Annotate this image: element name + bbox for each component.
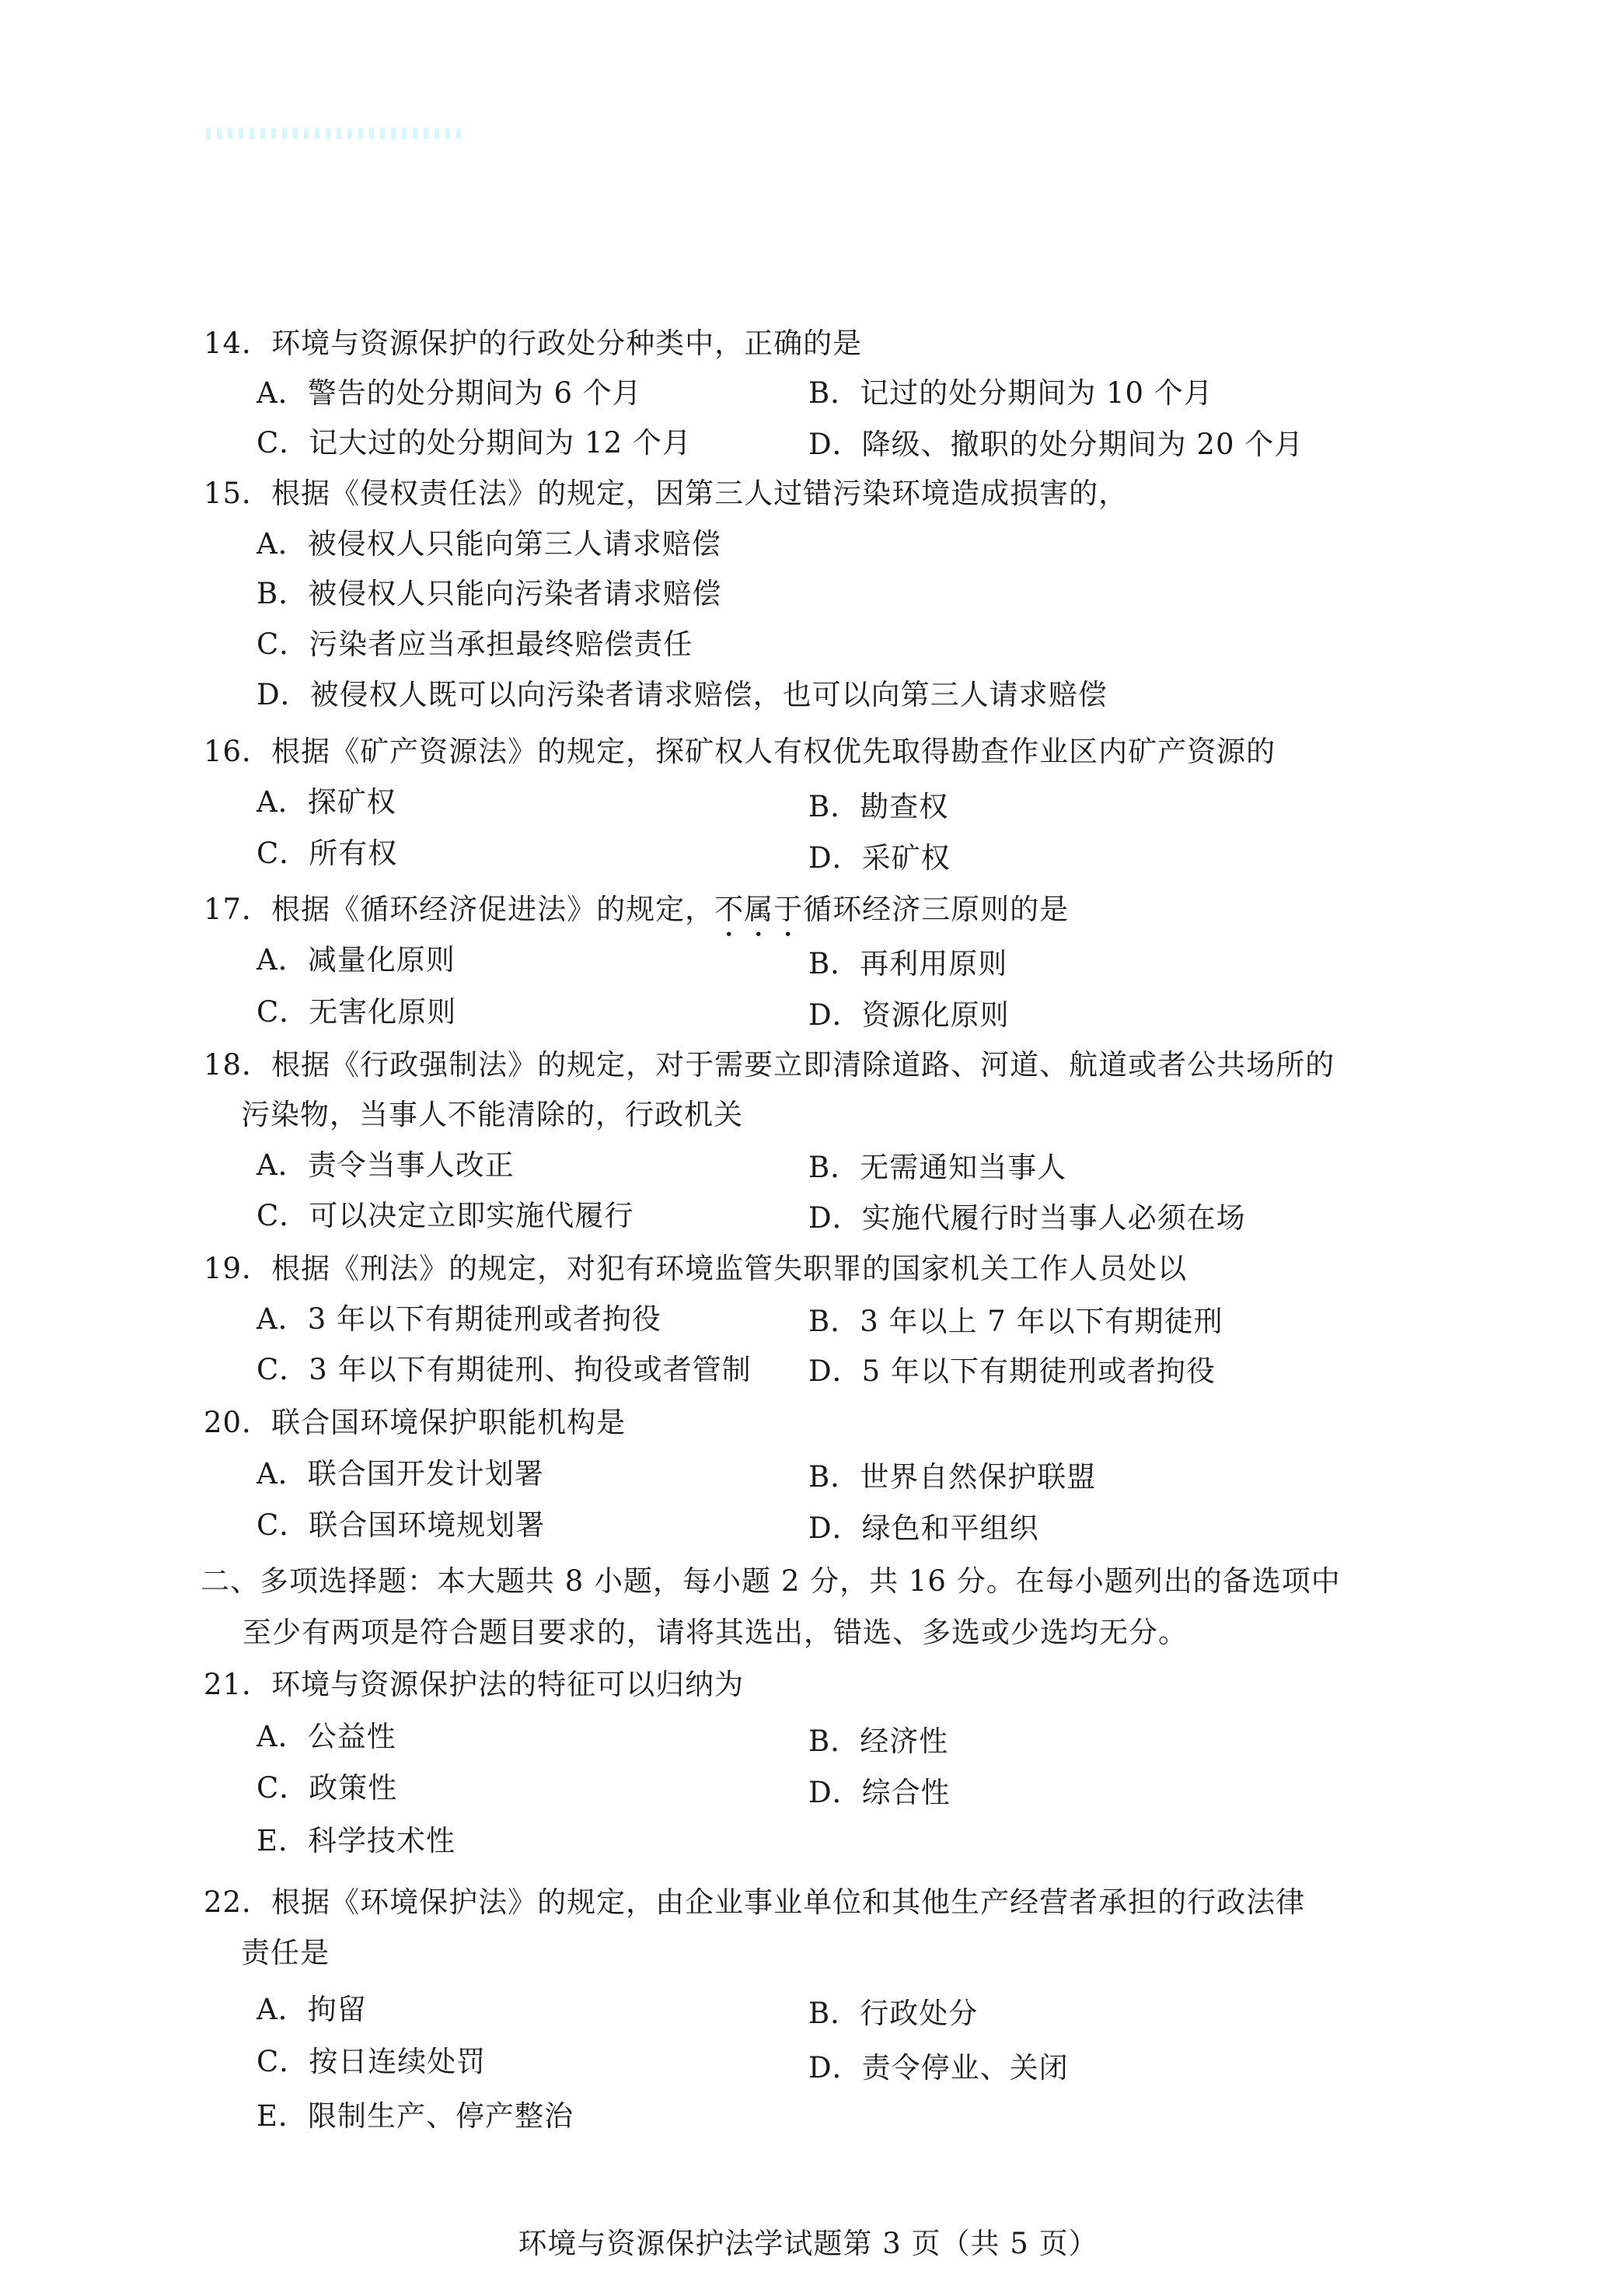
question-14-option-c: C．记大过的处分期间为 12 个月 [257,426,692,460]
question-21-option-e: E．科学技术性 [257,1824,455,1858]
question-14-option-a: A．警告的处分期间为 6 个月 [257,376,642,411]
question-19-option-a: A．3 年以下有期徒刑或者拘役 [257,1302,661,1337]
question-15-option-c: C．污染者应当承担最终赔偿责任 [257,627,693,662]
question-18-option-a: A．责令当事人改正 [257,1148,515,1183]
section-2-heading-line1: 二、多项选择题：本大题共 8 小题，每小题 2 分，共 16 分。在每小题列出的… [201,1564,1341,1599]
question-17-option-d: D．资源化原则 [808,998,1010,1033]
question-14-option-b: B．记过的处分期间为 10 个月 [808,376,1213,411]
question-21-option-b: B．经济性 [808,1725,948,1759]
question-22-option-e: E．限制生产、停产整治 [257,2099,574,2133]
question-17-option-c: C．无害化原则 [257,995,456,1029]
question-20-stem: 20．联合国环境保护职能机构是 [204,1406,626,1440]
question-17-stem-suffix: 循环经济三原则的是 [803,893,1069,926]
question-19-stem: 19．根据《刑法》的规定，对犯有环境监管失职罪的国家机关工作人员处以 [204,1252,1187,1286]
question-20-option-c: C．联合国环境规划署 [257,1508,545,1543]
question-22-option-d: D．责令停业、关闭 [808,2051,1069,2085]
question-14-option-d: D．降级、撤职的处分期间为 20 个月 [808,428,1304,462]
question-16-option-c: C．所有权 [257,837,397,871]
question-22-option-a: A．拘留 [257,1993,367,2027]
question-21-option-c: C．政策性 [257,1771,397,1805]
question-16-option-d: D．采矿权 [808,841,951,875]
question-18-stem-line1: 18．根据《行政强制法》的规定，对于需要立即清除道路、河道、航道或者公共场所的 [204,1048,1335,1082]
question-20-option-d: D．绿色和平组织 [808,1511,1039,1546]
question-21-option-d: D．综合性 [808,1776,951,1810]
question-17-stem: 17．根据《循环经济促进法》的规定，不属于循环经济三原则的是 [204,893,1069,943]
section-2-heading-line2: 至少有两项是符合题目要求的，请将其选出，错选、多选或少选均无分。 [243,1616,1188,1650]
question-16-option-b: B．勘查权 [808,790,948,824]
question-17-option-b: B．再利用原则 [808,947,1007,981]
question-17-stem-prefix: 17．根据《循环经济促进法》的规定， [204,893,714,926]
question-19-option-b: B．3 年以上 7 年以下有期徒刑 [808,1305,1223,1339]
question-22-option-b: B．行政处分 [808,1997,978,2031]
question-17-option-a: A．减量化原则 [257,943,455,977]
question-16-option-a: A．探矿权 [257,785,396,820]
question-16-stem: 16．根据《矿产资源法》的规定，探矿权人有权优先取得勘查作业区内矿产资源的 [204,735,1276,769]
question-15-stem: 15．根据《侵权责任法》的规定，因第三人过错污染环境造成损害的， [204,477,1128,511]
question-15-option-d: D．被侵权人既可以向污染者请求赔偿，也可以向第三人请求赔偿 [257,678,1108,712]
question-19-option-d: D．5 年以下有期徒刑或者拘役 [808,1354,1216,1389]
question-20-option-a: A．联合国开发计划署 [257,1457,544,1491]
question-15-option-b: B．被侵权人只能向污染者请求赔偿 [257,577,721,611]
question-18-option-b: B．无需通知当事人 [808,1151,1066,1185]
question-18-option-c: C．可以决定立即实施代履行 [257,1199,633,1233]
question-22-stem-line2: 责任是 [241,1936,330,1970]
question-14-stem: 14．环境与资源保护的行政处分种类中，正确的是 [204,327,862,361]
question-15-option-a: A．被侵权人只能向第三人请求赔偿 [257,527,721,561]
question-21-option-a: A．公益性 [257,1720,396,1754]
question-22-stem-line1: 22．根据《环境保护法》的规定，由企业事业单位和其他生产经营者承担的行政法律 [204,1885,1305,1920]
exam-page: 14．环境与资源保护的行政处分种类中，正确的是 A．警告的处分期间为 6 个月 … [0,0,1616,2296]
question-18-option-d: D．实施代履行时当事人必须在场 [808,1201,1246,1235]
page-footer: 环境与资源保护法学试题第 3 页（共 5 页） [0,2220,1616,2262]
question-20-option-b: B．世界自然保护联盟 [808,1460,1096,1494]
question-18-stem-line2: 污染物，当事人不能清除的，行政机关 [241,1098,743,1132]
question-22-option-c: C．按日连续处罚 [257,2045,486,2079]
question-19-option-c: C．3 年以下有期徒刑、拘役或者管制 [257,1353,752,1387]
question-17-emphasis: 不属于 [714,893,803,926]
question-21-stem: 21．环境与资源保护法的特征可以归纳为 [204,1668,744,1702]
